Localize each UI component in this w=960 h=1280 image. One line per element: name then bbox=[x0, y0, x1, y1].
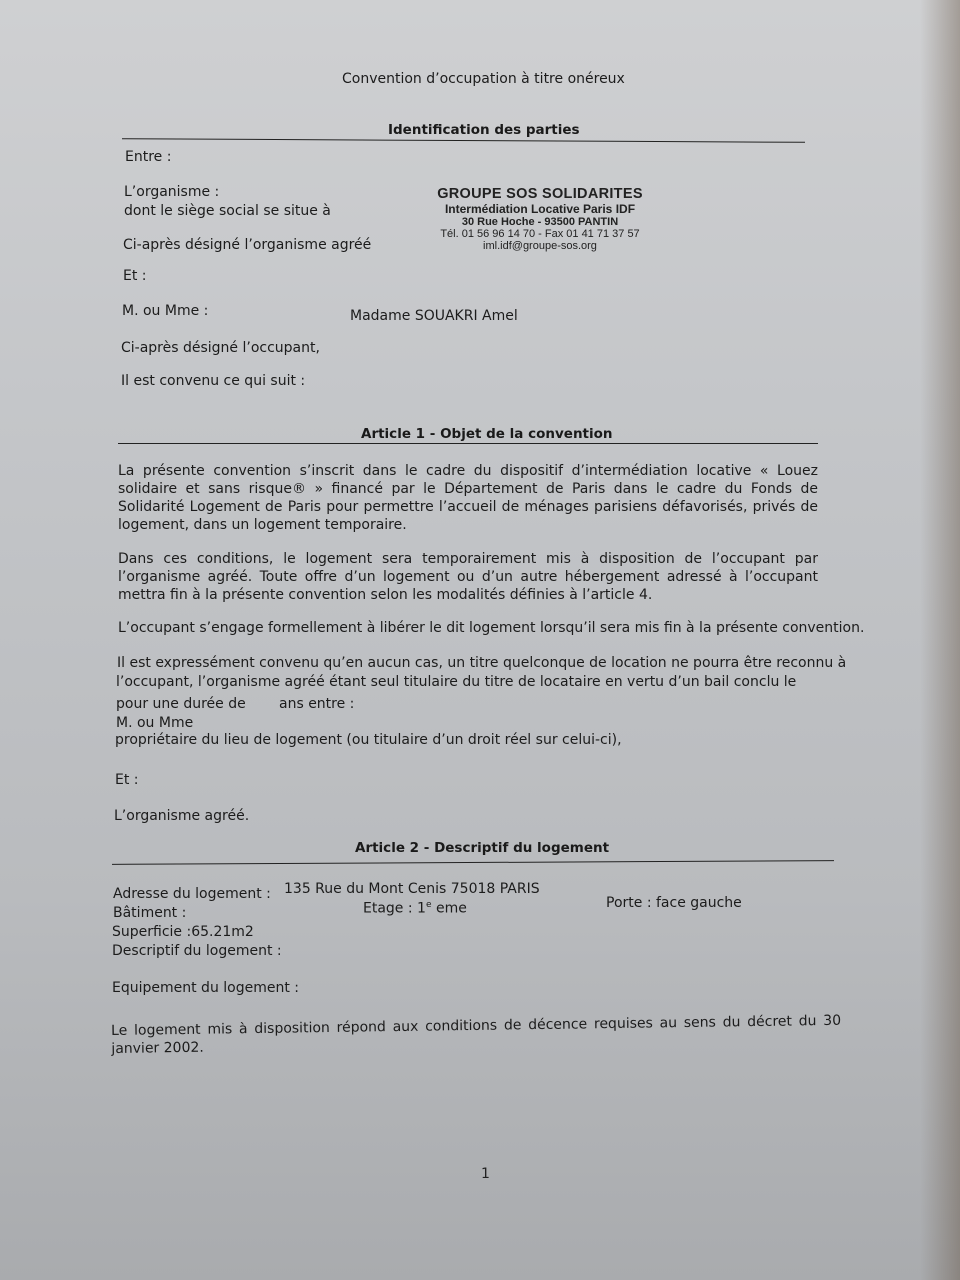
article1-paragraph-3: L’occupant s’engage formellement à libér… bbox=[118, 620, 864, 636]
batiment-label: Bâtiment : bbox=[113, 905, 186, 921]
superficie-field: Superficie :65.21m2 bbox=[112, 924, 254, 940]
article1-et: Et : bbox=[115, 772, 139, 788]
document-title: Convention d’occupation à titre onéreux bbox=[342, 71, 625, 87]
stamp-phone: Tél. 01 56 96 14 70 - Fax 01 41 71 37 57 bbox=[420, 228, 660, 240]
article1-p4-line5: propriétaire du lieu de logement (ou tit… bbox=[115, 732, 622, 748]
organisme-stamp: GROUPE SOS SOLIDARITES Intermédiation Lo… bbox=[420, 186, 660, 252]
article1-p4-proprietaire-name: M. ou Mme bbox=[116, 715, 193, 731]
article2-heading: Article 2 - Descriptif du logement bbox=[355, 840, 609, 856]
page-shadow bbox=[920, 0, 960, 1280]
entre-label: Entre : bbox=[125, 149, 171, 165]
descriptif-label: Descriptif du logement : bbox=[112, 943, 282, 959]
designe-organisme: Ci-après désigné l’organisme agréé bbox=[123, 237, 371, 253]
etage-value: 1 bbox=[417, 901, 426, 917]
article1-p4-line1: Il est expressément convenu qu’en aucun … bbox=[117, 655, 846, 671]
etage-field: Etage : 1e eme bbox=[363, 900, 467, 917]
stamp-service: Intermédiation Locative Paris IDF bbox=[420, 202, 660, 216]
stamp-email: iml.idf@groupe-sos.org bbox=[420, 240, 660, 252]
etage-label: Etage : bbox=[363, 901, 417, 917]
adresse-value: 135 Rue du Mont Cenis 75018 PARIS bbox=[284, 881, 540, 897]
siege-label: dont le siège social se situe à bbox=[124, 203, 331, 219]
article1-paragraph-2: Dans ces conditions, le logement sera te… bbox=[118, 550, 818, 604]
stamp-name: GROUPE SOS SOLIDARITES bbox=[420, 186, 660, 202]
designe-occupant: Ci-après désigné l’occupant, bbox=[121, 340, 320, 356]
stamp-address: 30 Rue Hoche - 93500 PANTIN bbox=[420, 216, 660, 228]
article1-organisme: L’organisme agréé. bbox=[114, 808, 249, 824]
article1-p4-line2: l’occupant, l’organisme agréé étant seul… bbox=[116, 674, 796, 690]
occupant-name: Madame SOUAKRI Amel bbox=[350, 308, 518, 324]
article1-p4-duree: pour une durée de bbox=[116, 696, 246, 712]
article1-heading: Article 1 - Objet de la convention bbox=[361, 426, 613, 442]
organisme-label: L’organisme : bbox=[124, 184, 219, 200]
equipement-label: Equipement du logement : bbox=[112, 980, 299, 996]
section-divider bbox=[118, 443, 818, 444]
article1-paragraph-1: La présente convention s’inscrit dans le… bbox=[118, 462, 818, 534]
porte-field: Porte : face gauche bbox=[606, 895, 742, 911]
section-heading-parties: Identification des parties bbox=[388, 122, 580, 138]
page-number: 1 bbox=[481, 1166, 490, 1182]
convenu-text: Il est convenu ce qui suit : bbox=[121, 373, 305, 389]
et-label: Et : bbox=[123, 268, 147, 284]
etage-suffix: eme bbox=[432, 901, 467, 917]
adresse-label: Adresse du logement : bbox=[113, 886, 271, 902]
occupant-label: M. ou Mme : bbox=[122, 303, 208, 319]
article1-p4-ans: ans entre : bbox=[279, 696, 354, 712]
